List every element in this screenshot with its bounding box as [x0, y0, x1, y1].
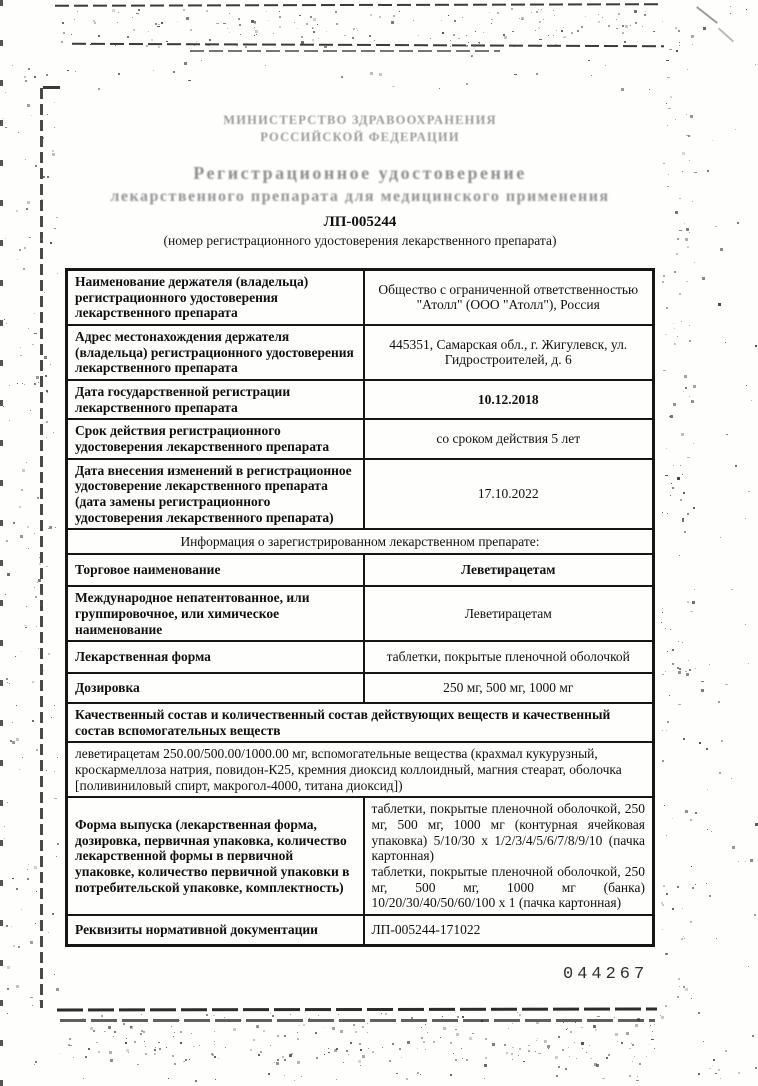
scan-artifact-top-line-1	[55, 3, 661, 7]
row-label-cell: Форма выпуска (лекарственная форма, дози…	[67, 797, 364, 915]
document-title-line1: Регистрационное удостоверение	[55, 163, 665, 184]
table-row: Лекарственная форматаблетки, покрытые пл…	[67, 641, 654, 673]
scan-artifact-top-line-2	[72, 43, 664, 48]
table-row: Дата внесения изменений в регистрационно…	[67, 459, 654, 530]
row-label-cell: Дозировка	[67, 673, 364, 703]
document-title-line2: лекарственного препарата для медицинског…	[55, 188, 665, 206]
row-label-cell: Реквизиты нормативной документации	[67, 915, 364, 945]
row-label-cell: Срок действия регистрационного удостовер…	[67, 419, 364, 458]
row-label-cell: Торговое наименование	[67, 554, 364, 586]
row-label-cell: Наименование держателя (владельца) регис…	[67, 270, 364, 325]
row-value-cell: ЛП-005244-171022	[364, 915, 654, 945]
scan-artifact-left-step	[43, 86, 60, 89]
row-value-cell: 17.10.2022	[364, 459, 654, 530]
ministry-name-line1: МИНИСТЕРСТВО ЗДРАВООХРАНЕНИЯ	[55, 112, 665, 129]
row-label-cell: Адрес местонахождения держателя (владель…	[67, 325, 364, 380]
full-row-cell: леветирацетам 250.00/500.00/1000.00 мг, …	[67, 742, 654, 797]
scan-artifact-top-line-3	[190, 50, 500, 52]
document-header: МИНИСТЕРСТВО ЗДРАВООХРАНЕНИЯ РОССИЙСКОЙ …	[55, 112, 665, 249]
row-label-cell: Международное непатентованное, или групп…	[67, 586, 364, 641]
scanned-document-page: МИНИСТЕРСТВО ЗДРАВООХРАНЕНИЯ РОССИЙСКОЙ …	[0, 0, 758, 1086]
table-row: Качественный состав и количественный сос…	[67, 703, 654, 742]
registration-number-caption: (номер регистрационного удостоверения ле…	[55, 233, 665, 249]
table-row: Дозировка250 мг, 500 мг, 1000 мг	[67, 673, 654, 703]
scan-artifact-bottom-line-2	[60, 1019, 655, 1022]
scan-artifact-corner-scratch-1	[696, 6, 718, 24]
ministry-name-line2: РОССИЙСКОЙ ФЕДЕРАЦИИ	[55, 129, 665, 146]
form-serial-number: 044267	[563, 965, 648, 984]
table-row: Срок действия регистрационного удостовер…	[67, 419, 654, 458]
table-row: Наименование держателя (владельца) регис…	[67, 270, 654, 325]
table-row: Международное непатентованное, или групп…	[67, 586, 654, 641]
scan-artifact-left-line	[40, 88, 43, 1008]
row-value-cell: 445351, Самарская обл., г. Жигулевск, ул…	[364, 325, 654, 380]
row-value-cell: со сроком действия 5 лет	[364, 419, 654, 458]
row-value-cell: 250 мг, 500 мг, 1000 мг	[364, 673, 654, 703]
row-value-cell: таблетки, покрытые пленочной оболочкой, …	[364, 797, 654, 915]
registration-table: Наименование держателя (владельца) регис…	[65, 268, 655, 947]
row-value-cell: Леветирацетам	[364, 586, 654, 641]
table-row: Торговое наименованиеЛеветирацетам	[67, 554, 654, 586]
row-label-cell: Дата государственной регистрации лекарст…	[67, 380, 364, 419]
table-row: Форма выпуска (лекарственная форма, дози…	[67, 797, 654, 915]
full-row-cell: Качественный состав и количественный сос…	[67, 703, 654, 742]
table-row: Адрес местонахождения держателя (владель…	[67, 325, 654, 380]
table-row: Информация о зарегистрированном лекарств…	[67, 529, 654, 554]
table-row: Дата государственной регистрации лекарст…	[67, 380, 654, 419]
row-value-cell: Общество с ограниченной ответственностью…	[364, 270, 654, 325]
row-value-cell: Леветирацетам	[364, 554, 654, 586]
scan-artifact-page-edge	[0, 0, 3, 1086]
row-value-cell: 10.12.2018	[364, 380, 654, 419]
row-value-cell: таблетки, покрытые пленочной оболочкой	[364, 641, 654, 673]
registration-table-body: Наименование держателя (владельца) регис…	[67, 270, 654, 946]
scan-artifact-corner-scratch-2	[718, 28, 734, 43]
table-row: Реквизиты нормативной документацииЛП-005…	[67, 915, 654, 945]
row-label-cell: Лекарственная форма	[67, 641, 364, 673]
registration-number: ЛП-005244	[55, 214, 665, 231]
full-row-cell: Информация о зарегистрированном лекарств…	[67, 529, 654, 554]
table-row: леветирацетам 250.00/500.00/1000.00 мг, …	[67, 742, 654, 797]
row-label-cell: Дата внесения изменений в регистрационно…	[67, 459, 364, 530]
scan-artifact-bottom-line-1	[57, 1007, 657, 1011]
